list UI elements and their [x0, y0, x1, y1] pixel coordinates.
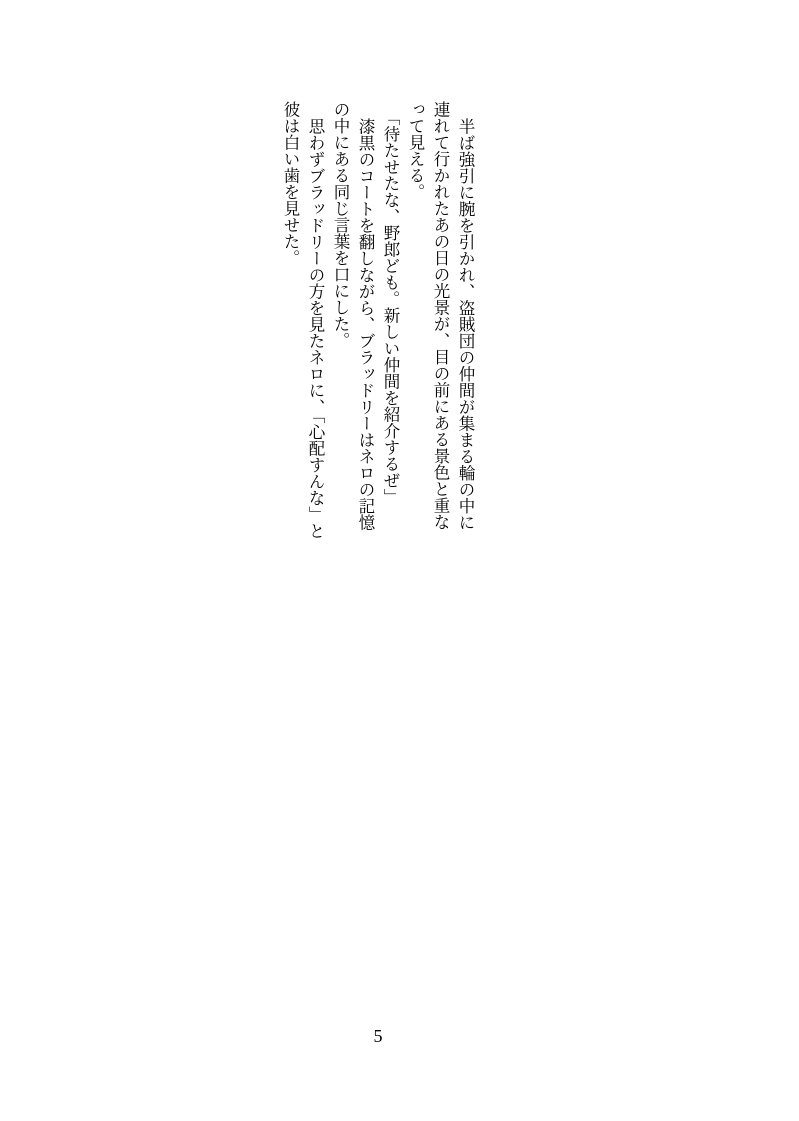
text-line: 思わずブラッドリーの方を見たネロに、「心配すんな」と [303, 101, 328, 563]
text-line: って見える。 [403, 101, 428, 563]
text-line: 漆黒のコートを翻しながら、ブラッドリーはネロの記憶 [353, 101, 378, 563]
text-line: 半ば強引に腕を引かれ、盗賊団の仲間が集まる輪の中に [453, 101, 478, 563]
text-line: の中にある同じ言葉を口にした。 [328, 101, 353, 563]
page-number: 5 [278, 1026, 478, 1046]
text-line: 彼は白い歯を見せた。 [278, 101, 303, 563]
vertical-text-block: 半ば強引に腕を引かれ、盗賊団の仲間が集まる輪の中に 連れて行かれたあの日の光景が… [278, 101, 478, 563]
text-line: 連れて行かれたあの日の光景が、目の前にある景色と重な [428, 101, 453, 563]
book-page: { "page": { "number": "5", "background_c… [0, 0, 799, 1121]
text-line: 「待たせたな、野郎ども。新しい仲間を紹介するぜ」 [378, 101, 403, 563]
